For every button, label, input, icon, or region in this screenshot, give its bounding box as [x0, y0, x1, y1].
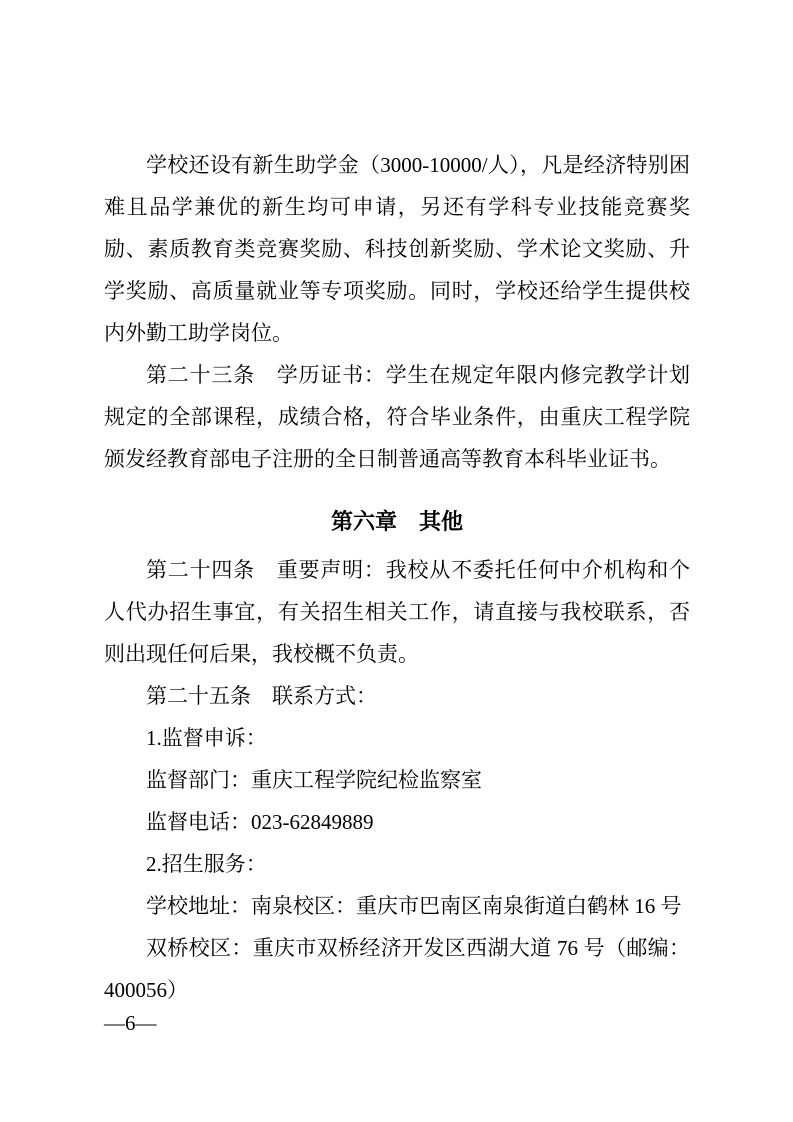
paragraph-article-23-diploma: 第二十三条 学历证书：学生在规定年限内修完教学计划规定的全部课程，成绩合格，符合…	[104, 354, 690, 480]
line-article-25-contact: 第二十五条 联系方式：	[104, 675, 690, 717]
document-page: 学校还设有新生助学金（3000-10000/人），凡是经济特别困难且品学兼优的新…	[0, 0, 793, 1122]
line-supervision-appeal-title: 1.监督申诉：	[104, 717, 690, 759]
line-supervision-phone: 监督电话：023-62849889	[104, 801, 690, 843]
line-address-nanquan-campus: 学校地址：南泉校区：重庆市巴南区南泉街道白鹤林 16 号	[104, 885, 690, 927]
paragraph-article-24-statement: 第二十四条 重要声明：我校从不委托任何中介机构和个人代办招生事宜，有关招生相关工…	[104, 549, 690, 675]
line-supervision-department: 监督部门：重庆工程学院纪检监察室	[104, 759, 690, 801]
page-number: —6—	[104, 1002, 157, 1044]
paragraph-scholarship: 学校还设有新生助学金（3000-10000/人），凡是经济特别困难且品学兼优的新…	[104, 144, 690, 354]
line-address-shuangqiao-campus: 双桥校区：重庆市双桥经济开发区西湖大道 76 号（邮编：400056）	[104, 927, 690, 1011]
chapter-heading: 第六章 其他	[104, 501, 690, 543]
line-admissions-service-title: 2.招生服务：	[104, 843, 690, 885]
